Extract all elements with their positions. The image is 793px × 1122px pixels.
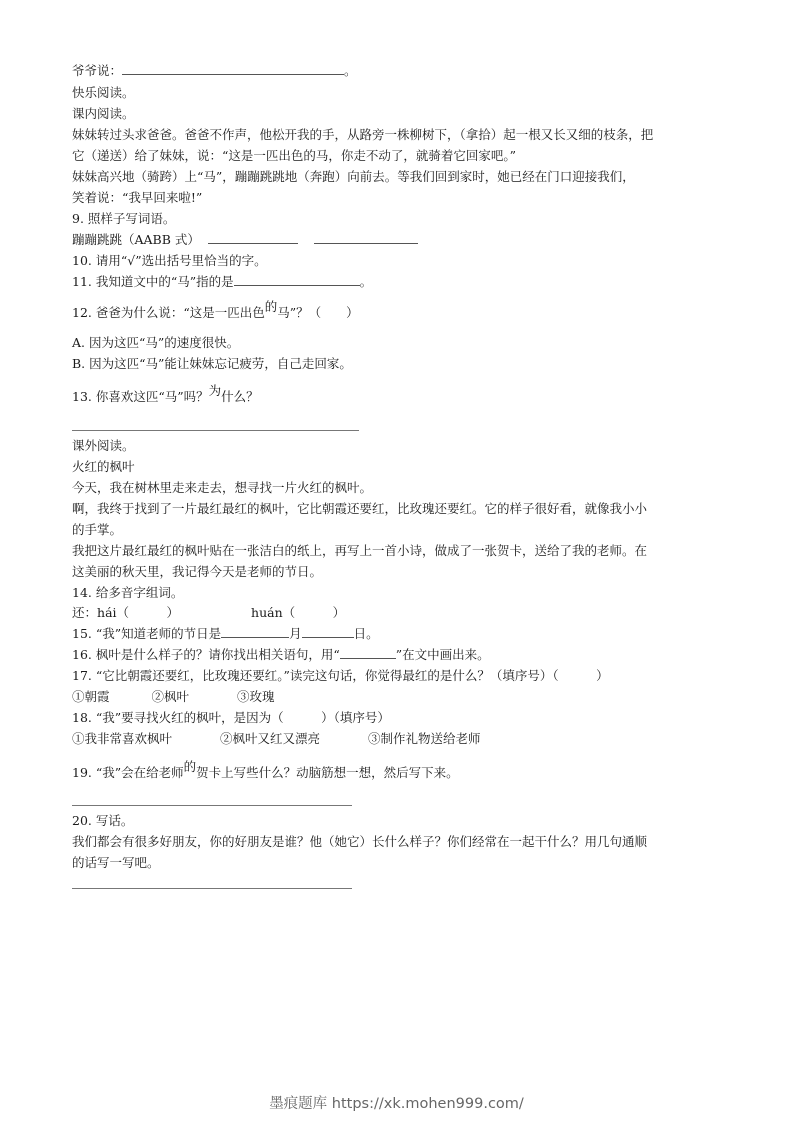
question-text: 16. 枫叶是什么样子的？请你找出相关语句，用“ bbox=[72, 647, 340, 662]
question-text: ”在文中画出来。 bbox=[396, 647, 490, 662]
raised-char: 的 bbox=[184, 759, 197, 774]
option-1[interactable]: ①朝霞 bbox=[72, 689, 110, 704]
passage-text: 妹妹高兴地（骑跨）上“马”，蹦蹦跳跳地（奔跑）向前去。等我们回到家时，她已经在门… bbox=[72, 168, 635, 186]
option-3[interactable]: ③玫瑰 bbox=[237, 689, 275, 704]
question-text: 马”？（ ） bbox=[277, 305, 358, 320]
example-label: 蹦蹦跳跳（AABB 式） bbox=[72, 232, 200, 247]
watermark: 墨痕题库 https://xk.mohen999.com/ bbox=[0, 1092, 793, 1113]
passage-text: 的手掌。 bbox=[72, 521, 122, 539]
question-16: 16. 枫叶是什么样子的？请你找出相关语句，用“”在文中画出来。 bbox=[72, 646, 490, 664]
period: 。 bbox=[360, 274, 373, 289]
passage-text: 这美丽的秋天里，我记得今天是老师的节日。 bbox=[72, 563, 322, 581]
section-heading: 快乐阅读。 bbox=[72, 84, 135, 102]
pinyin-huan-blank[interactable]: huán（ ） bbox=[251, 605, 345, 620]
question-9-example: 蹦蹦跳跳（AABB 式） bbox=[72, 231, 418, 249]
question-20: 20. 写话。 bbox=[72, 812, 133, 830]
question-17: 17. “它比朝霞还要红，比玫瑰还要红。”读完这句话，你觉得最红的是什么？（填序… bbox=[72, 667, 609, 685]
passage-text: 我把这片最红最红的枫叶贴在一张洁白的纸上，再写上一首小诗，做成了一张贺卡，送给了… bbox=[72, 542, 647, 560]
passage-text: 笑着说：“我早回来啦!” bbox=[72, 189, 202, 207]
question-17-options: ①朝霞②枫叶③玫瑰 bbox=[72, 688, 275, 706]
day-label: 日。 bbox=[354, 626, 379, 641]
question-20-prompt: 我们都会有很多好朋友，你的好朋友是谁？他（她它）长什么样子？你们经常在一起干什么… bbox=[72, 833, 647, 851]
day-blank[interactable] bbox=[302, 625, 354, 638]
option-3[interactable]: ③制作礼物送给老师 bbox=[368, 731, 481, 746]
answer-line[interactable] bbox=[72, 805, 352, 806]
option-1[interactable]: ①我非常喜欢枫叶 bbox=[72, 731, 172, 746]
question-15: 15. “我”知道老师的节日是月日。 bbox=[72, 625, 379, 643]
answer-blank[interactable] bbox=[122, 62, 344, 75]
passage-title: 火红的枫叶 bbox=[72, 458, 135, 476]
answer-blank[interactable] bbox=[234, 273, 360, 286]
option-2[interactable]: ②枫叶 bbox=[152, 689, 190, 704]
raised-char: 的 bbox=[265, 299, 278, 314]
question-9: 9. 照样子写词语。 bbox=[72, 210, 175, 228]
answer-line[interactable] bbox=[72, 888, 352, 889]
pinyin-hai-blank[interactable]: hái（ ） bbox=[97, 605, 179, 620]
question-text: 15. “我”知道老师的节日是 bbox=[72, 626, 221, 641]
question-text: 11. 我知道文中的“马”指的是 bbox=[72, 274, 234, 289]
label: 爷爷说： bbox=[72, 63, 122, 78]
section-heading: 课内阅读。 bbox=[72, 105, 135, 123]
question-12: 12. 爸爸为什么说：“这是一匹出色的马”？（ ） bbox=[72, 304, 359, 322]
question-text: 12. 爸爸为什么说：“这是一匹出色 bbox=[72, 305, 265, 320]
question-18-options: ①我非常喜欢枫叶②枫叶又红又漂亮③制作礼物送给老师 bbox=[72, 730, 481, 748]
option-a[interactable]: A. 因为这匹“马”的速度很快。 bbox=[72, 334, 239, 352]
month-label: 月 bbox=[289, 626, 302, 641]
polyphone-char: 还： bbox=[72, 605, 97, 620]
question-text: 19. “我”会在给老师 bbox=[72, 765, 184, 780]
option-b[interactable]: B. 因为这匹“马”能让妹妹忘记疲劳，自己走回家。 bbox=[72, 355, 352, 373]
passage-text: 它（递送）给了妹妹，说：“这是一匹出色的马，你走不动了，就骑着它回家吧。” bbox=[72, 147, 516, 165]
question-text: 13. 你喜欢这匹“马”吗？ bbox=[72, 389, 209, 404]
passage-text: 啊，我终于找到了一片最红最红的枫叶，它比朝霞还要红，比玫瑰还要红。它的样子很好看… bbox=[72, 500, 647, 518]
raised-char: 为 bbox=[209, 383, 222, 398]
question-19: 19. “我”会在给老师的贺卡上写些什么？动脑筋想一想，然后写下来。 bbox=[72, 764, 459, 782]
passage-text: 妹妹转过头求爸爸。爸爸不作声，他松开我的手，从路旁一株柳树下，（拿拾）起一根又长… bbox=[72, 126, 653, 144]
question-14: 14. 给多音字组词。 bbox=[72, 584, 183, 602]
option-2[interactable]: ②枫叶又红又漂亮 bbox=[220, 731, 320, 746]
question-text: 什么？ bbox=[221, 389, 259, 404]
question-20-prompt: 的话写一写吧。 bbox=[72, 854, 160, 872]
period: 。 bbox=[344, 63, 357, 78]
grandpa-said-line: 爷爷说：。 bbox=[72, 62, 357, 80]
underline-sample bbox=[340, 646, 396, 659]
answer-line[interactable] bbox=[72, 430, 359, 431]
month-blank[interactable] bbox=[221, 625, 289, 638]
question-10: 10. 请用“√”选出括号里恰当的字。 bbox=[72, 252, 267, 270]
question-text: 贺卡上写些什么？动脑筋想一想，然后写下来。 bbox=[196, 765, 459, 780]
answer-blank[interactable] bbox=[208, 231, 298, 244]
question-18: 18. “我”要寻找火红的枫叶，是因为（ ）（填序号） bbox=[72, 709, 390, 727]
question-13: 13. 你喜欢这匹“马”吗？为什么？ bbox=[72, 388, 259, 406]
section-heading: 课外阅读。 bbox=[72, 437, 135, 455]
answer-blank[interactable] bbox=[314, 231, 418, 244]
question-14-items: 还：hái（ ）huán（ ） bbox=[72, 604, 345, 622]
passage-text: 今天，我在树林里走来走去，想寻找一片火红的枫叶。 bbox=[72, 479, 372, 497]
question-11: 11. 我知道文中的“马”指的是。 bbox=[72, 273, 372, 291]
